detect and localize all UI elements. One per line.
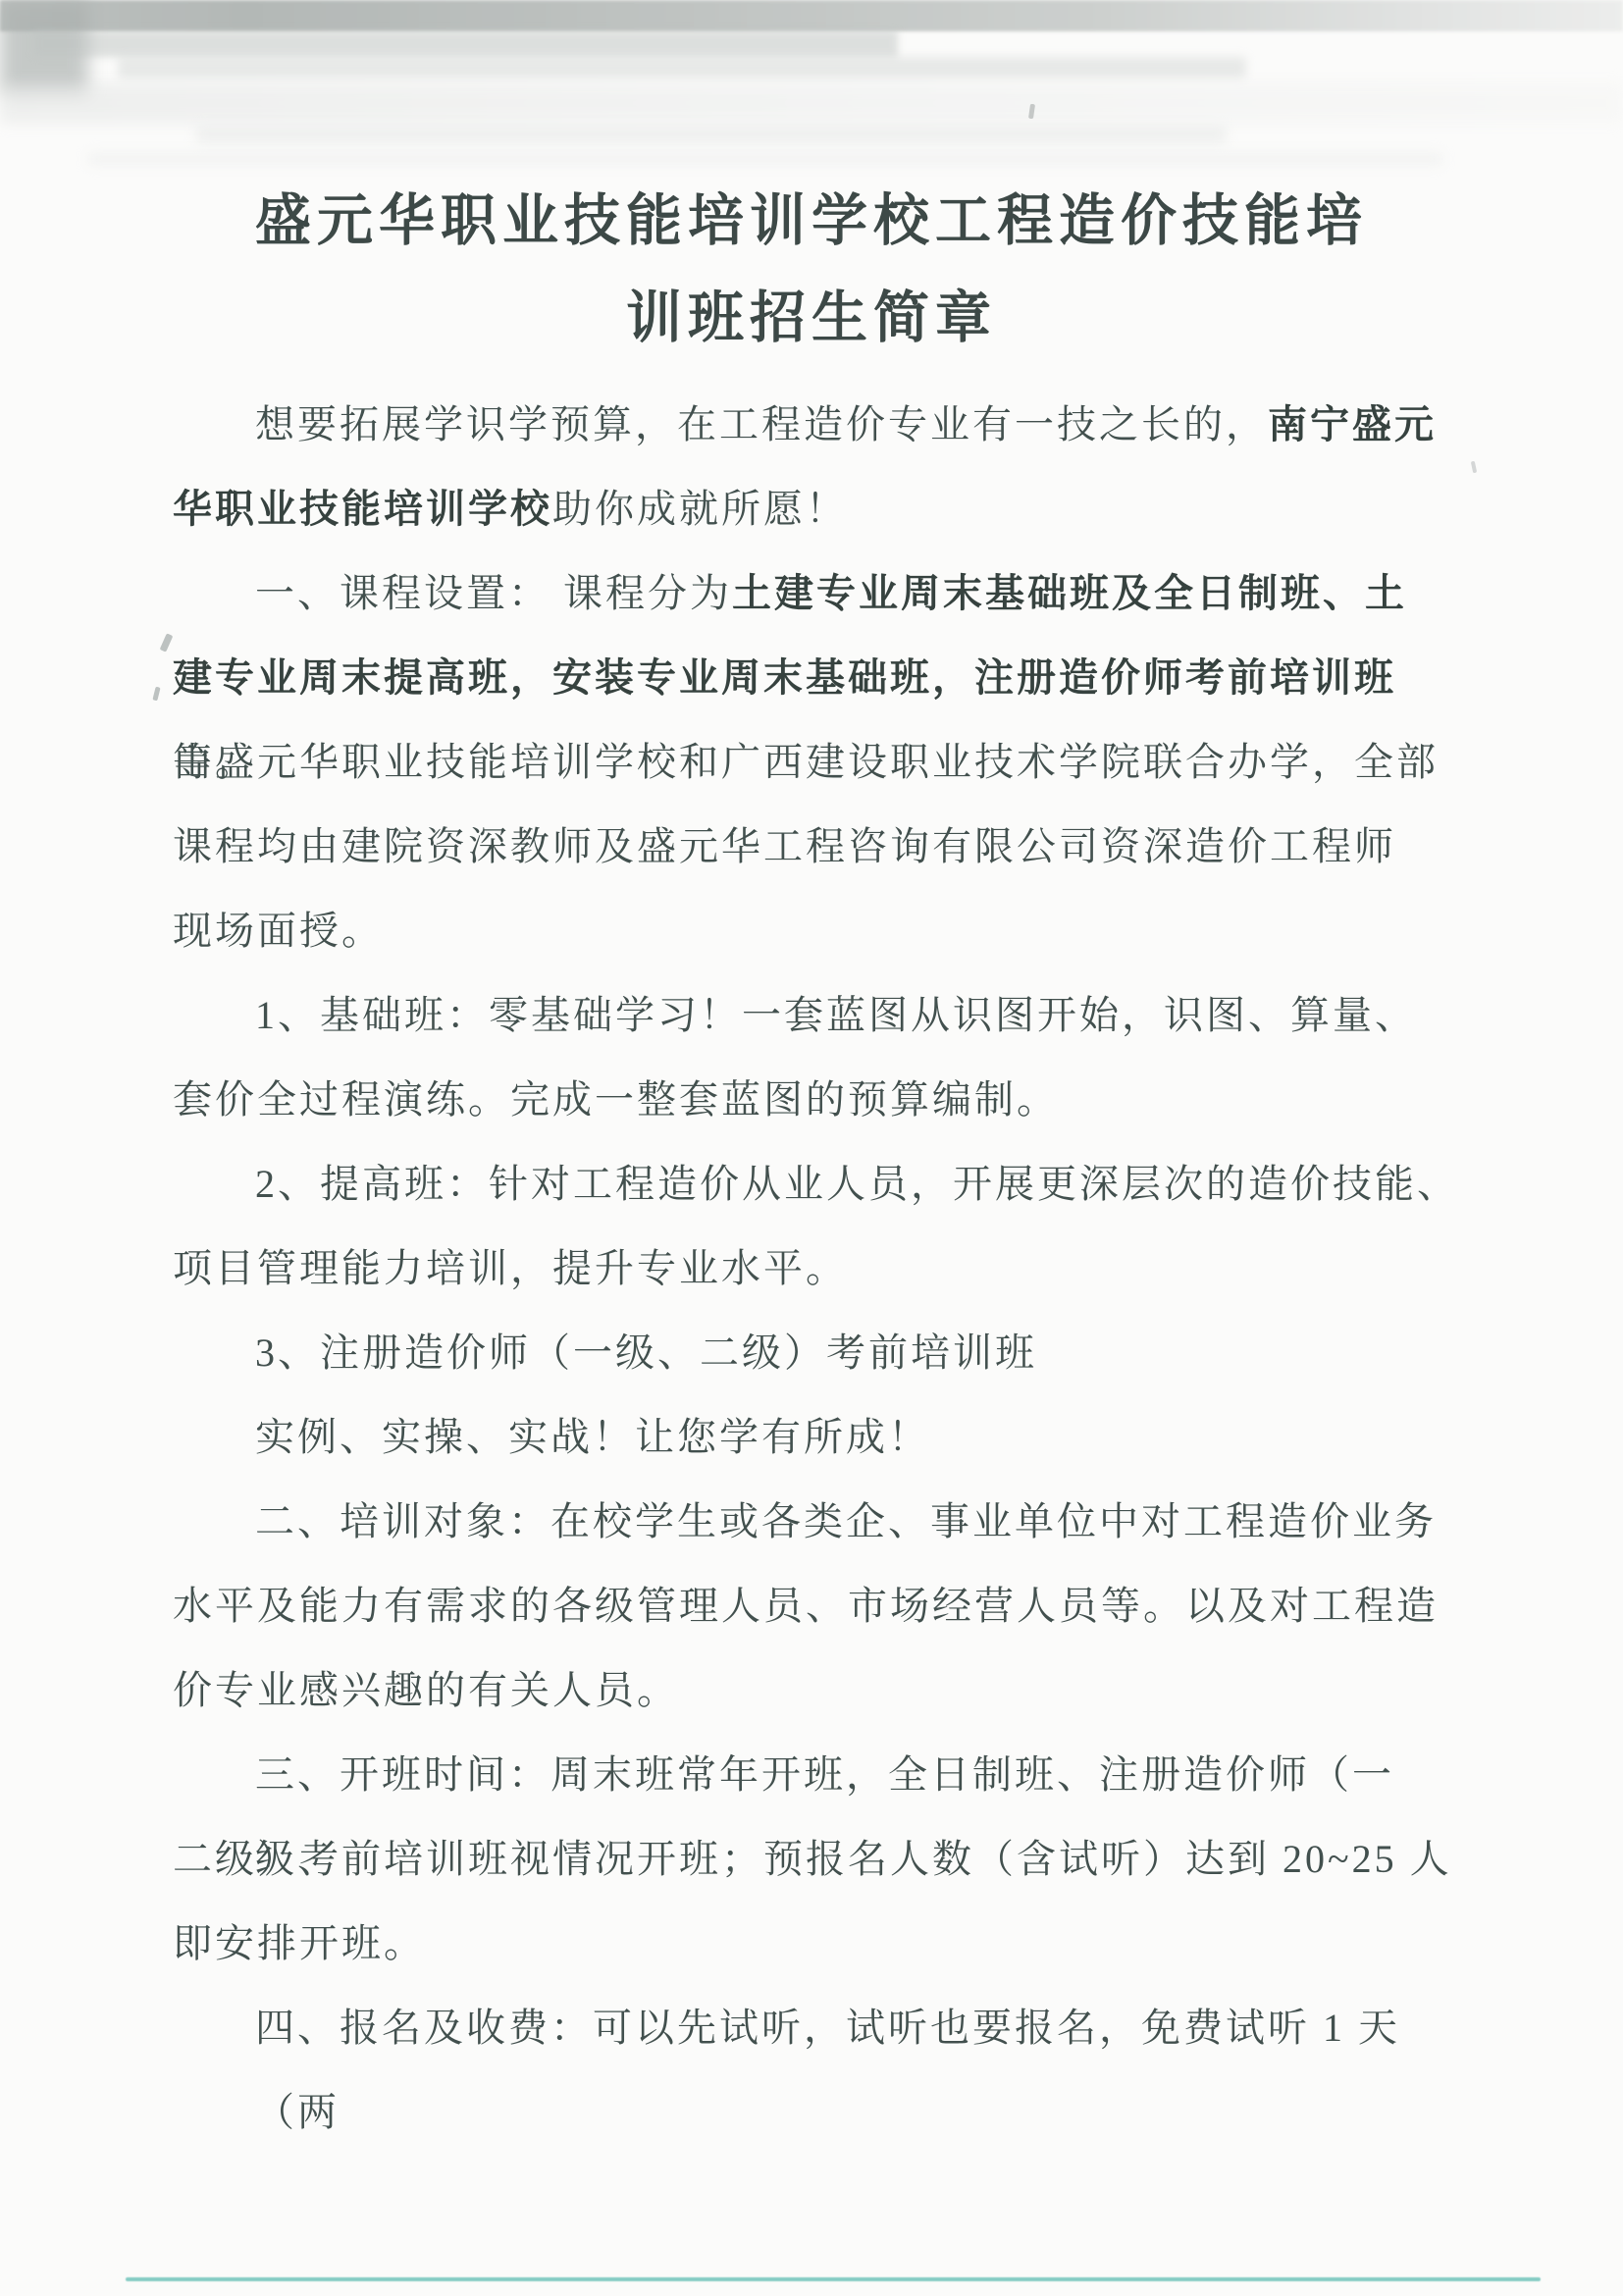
text-line: 一、课程设置： 课程分为土建专业周末基础班及全日制班、土 bbox=[173, 551, 1460, 636]
scan-noise-top bbox=[0, 0, 1623, 186]
document-title: 盛元华职业技能培训学校工程造价技能培 训班招生简章 bbox=[0, 173, 1623, 367]
text-line: 即安排开班。 bbox=[173, 1902, 1460, 1986]
text-line: 华职业技能培训学校助你成就所愿！ bbox=[173, 467, 1460, 551]
text-segment: 二、培训对象：在校学生或各类企、事业单位中对工程造价业务 bbox=[255, 1499, 1437, 1543]
text-segment-bold: 土建专业周末基础班及全日制班、土 bbox=[732, 571, 1407, 615]
text-line: 项目管理能力培训，提升专业水平。 bbox=[173, 1226, 1460, 1311]
text-segment: 即安排开班。 bbox=[173, 1921, 426, 1965]
text-segment-bold: 南宁盛元 bbox=[1268, 402, 1437, 446]
text-line: 3、注册造价师（一级、二级）考前培训班 bbox=[173, 1311, 1460, 1395]
text-line: 二、培训对象：在校学生或各类企、事业单位中对工程造价业务 bbox=[173, 1480, 1460, 1564]
text-segment: 价专业感兴趣的有关人员。 bbox=[173, 1668, 679, 1712]
text-segment: 由盛元华职业技能培训学校和广西建设职业技术学院联合办学，全部 bbox=[173, 740, 1439, 784]
text-line: 水平及能力有需求的各级管理人员、市场经营人员等。以及对工程造 bbox=[173, 1564, 1460, 1648]
scan-smudge bbox=[196, 126, 1227, 143]
text-segment: 现场面授。 bbox=[173, 909, 384, 953]
text-segment: 套价全过程演练。完成一整套蓝图的预算编制。 bbox=[173, 1077, 1059, 1122]
text-line: 套价全过程演练。完成一整套蓝图的预算编制。 bbox=[173, 1058, 1460, 1142]
text-line: 三、开班时间：周末班常年开班，全日制班、注册造价师（一级、 bbox=[173, 1733, 1460, 1817]
text-segment: 助你成就所愿！ bbox=[552, 487, 848, 531]
text-segment: 项目管理能力培训，提升专业水平。 bbox=[173, 1246, 848, 1290]
text-line: 课程均由建院资深教师及盛元华工程咨询有限公司资深造价工程师 bbox=[173, 805, 1460, 889]
text-segment: 水平及能力有需求的各级管理人员、市场经营人员等。以及对工程造 bbox=[173, 1584, 1439, 1628]
scan-edge-line bbox=[126, 2277, 1541, 2281]
scan-artifact bbox=[1028, 104, 1035, 120]
scan-smudge bbox=[0, 0, 1623, 31]
scan-artifact bbox=[1471, 461, 1477, 474]
text-line: 现场面授。 bbox=[173, 889, 1460, 973]
text-segment: 1、基础班：零基础学习！一套蓝图从识图开始，识图、算量、 bbox=[255, 993, 1417, 1037]
text-segment: 一、课程设置： 课程分为 bbox=[255, 571, 732, 615]
scan-smudge bbox=[34, 30, 898, 57]
document-title-line-2: 训班招生简章 bbox=[0, 270, 1623, 367]
text-line: 价专业感兴趣的有关人员。 bbox=[173, 1648, 1460, 1733]
scan-smudge bbox=[88, 152, 1442, 166]
text-segment: 课程均由建院资深教师及盛元华工程咨询有限公司资深造价工程师 bbox=[173, 824, 1396, 868]
text-line: 2、提高班：针对工程造价从业人员，开展更深层次的造价技能、 bbox=[173, 1142, 1460, 1226]
scan-artifact bbox=[160, 633, 174, 652]
text-line: 二级）考前培训班视情况开班；预报名人数（含试听）达到 20~25 人 bbox=[173, 1817, 1460, 1902]
text-line: 由盛元华职业技能培训学校和广西建设职业技术学院联合办学，全部 bbox=[173, 720, 1460, 805]
document-title-line-1: 盛元华职业技能培训学校工程造价技能培 bbox=[0, 173, 1623, 270]
text-line: 想要拓展学识学预算，在工程造价专业有一技之长的，南宁盛元 bbox=[173, 383, 1460, 467]
scan-smudge bbox=[0, 82, 1623, 124]
text-segment: 想要拓展学识学预算，在工程造价专业有一技之长的， bbox=[255, 402, 1268, 446]
text-segment-bold: 建专业周末提高班，安装专业周末基础班，注册造价师考前培训班 bbox=[173, 655, 1396, 700]
text-segment: 实例、实操、实战！让您学有所成！ bbox=[255, 1415, 930, 1459]
document-body: 想要拓展学识学预算，在工程造价专业有一技之长的，南宁盛元 华职业技能培训学校助你… bbox=[173, 383, 1460, 2070]
text-line: 1、基础班：零基础学习！一套蓝图从识图开始，识图、算量、 bbox=[173, 973, 1460, 1058]
text-line: 实例、实操、实战！让您学有所成！ bbox=[173, 1395, 1460, 1480]
text-segment: 二级）考前培训班视情况开班；预报名人数（含试听）达到 20~25 人 bbox=[173, 1837, 1452, 1881]
text-line: 四、报名及收费：可以先试听，试听也要报名，免费试听 1 天（两 bbox=[173, 1986, 1460, 2070]
text-segment: 3、注册造价师（一级、二级）考前培训班 bbox=[255, 1331, 1037, 1375]
text-segment: 2、提高班：针对工程造价从业人员，开展更深层次的造价技能、 bbox=[255, 1162, 1459, 1206]
scan-smudge bbox=[118, 57, 1246, 78]
text-segment-bold: 华职业技能培训学校 bbox=[173, 487, 552, 531]
scan-smudge bbox=[0, 0, 88, 93]
scanned-page: 盛元华职业技能培训学校工程造价技能培 训班招生简章 想要拓展学识学预算，在工程造… bbox=[0, 0, 1623, 2296]
text-line: 建专业周末提高班，安装专业周末基础班，注册造价师考前培训班等。 bbox=[173, 636, 1460, 720]
text-segment: 四、报名及收费：可以先试听，试听也要报名，免费试听 1 天（两 bbox=[255, 2006, 1400, 2134]
scan-artifact bbox=[152, 687, 160, 702]
